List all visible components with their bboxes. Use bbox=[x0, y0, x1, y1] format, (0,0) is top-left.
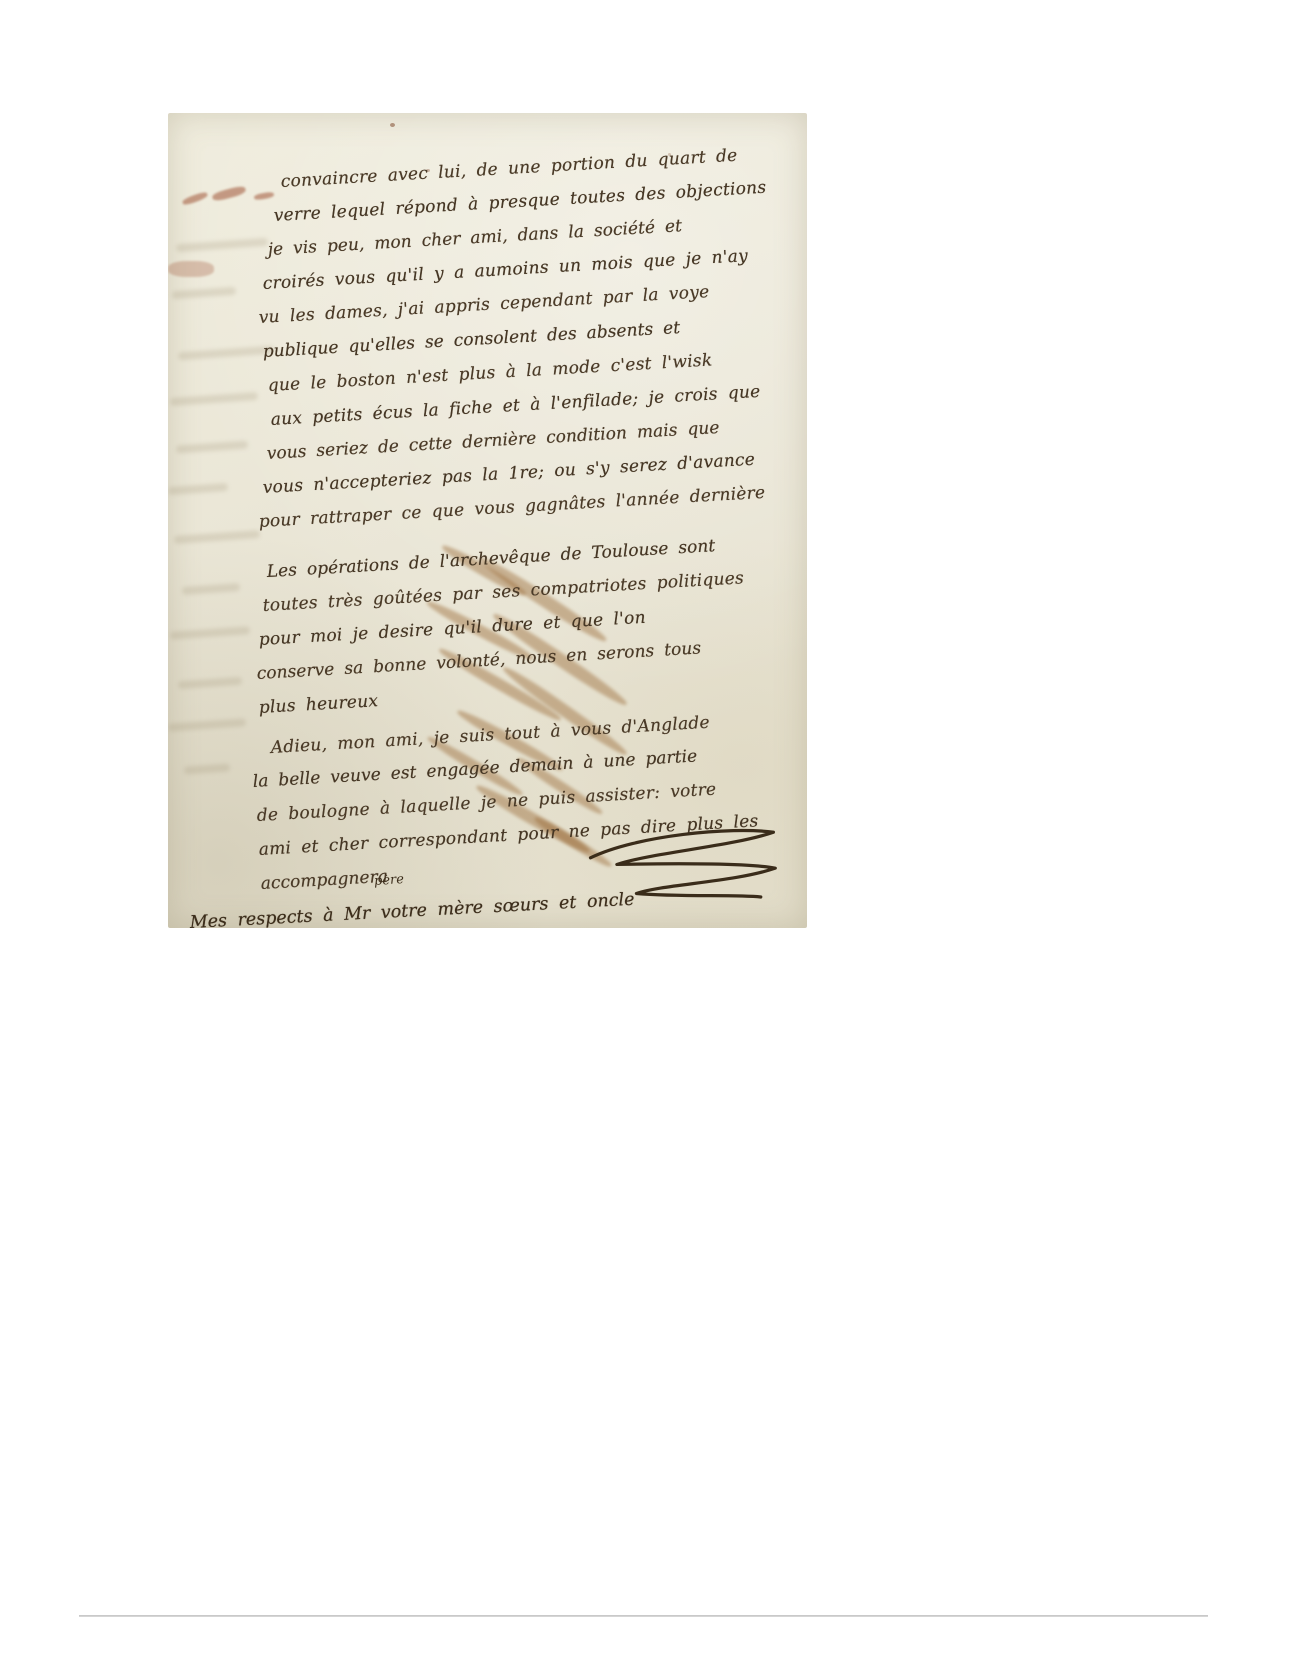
signature-flourish bbox=[581, 820, 785, 910]
handwriting-block: convaincre avec lui, de une portion du q… bbox=[168, 165, 807, 901]
page: { "page": { "background_color": "#ffffff… bbox=[0, 0, 1301, 1672]
page-divider bbox=[79, 1615, 1208, 1617]
interlinear-insertion: père bbox=[374, 872, 405, 889]
manuscript-scan: convaincre avec lui, de une portion du q… bbox=[168, 113, 807, 928]
closing-block: Mes respects à Mr votre mère sœurs et on… bbox=[168, 901, 807, 928]
paper-stain bbox=[390, 123, 395, 127]
